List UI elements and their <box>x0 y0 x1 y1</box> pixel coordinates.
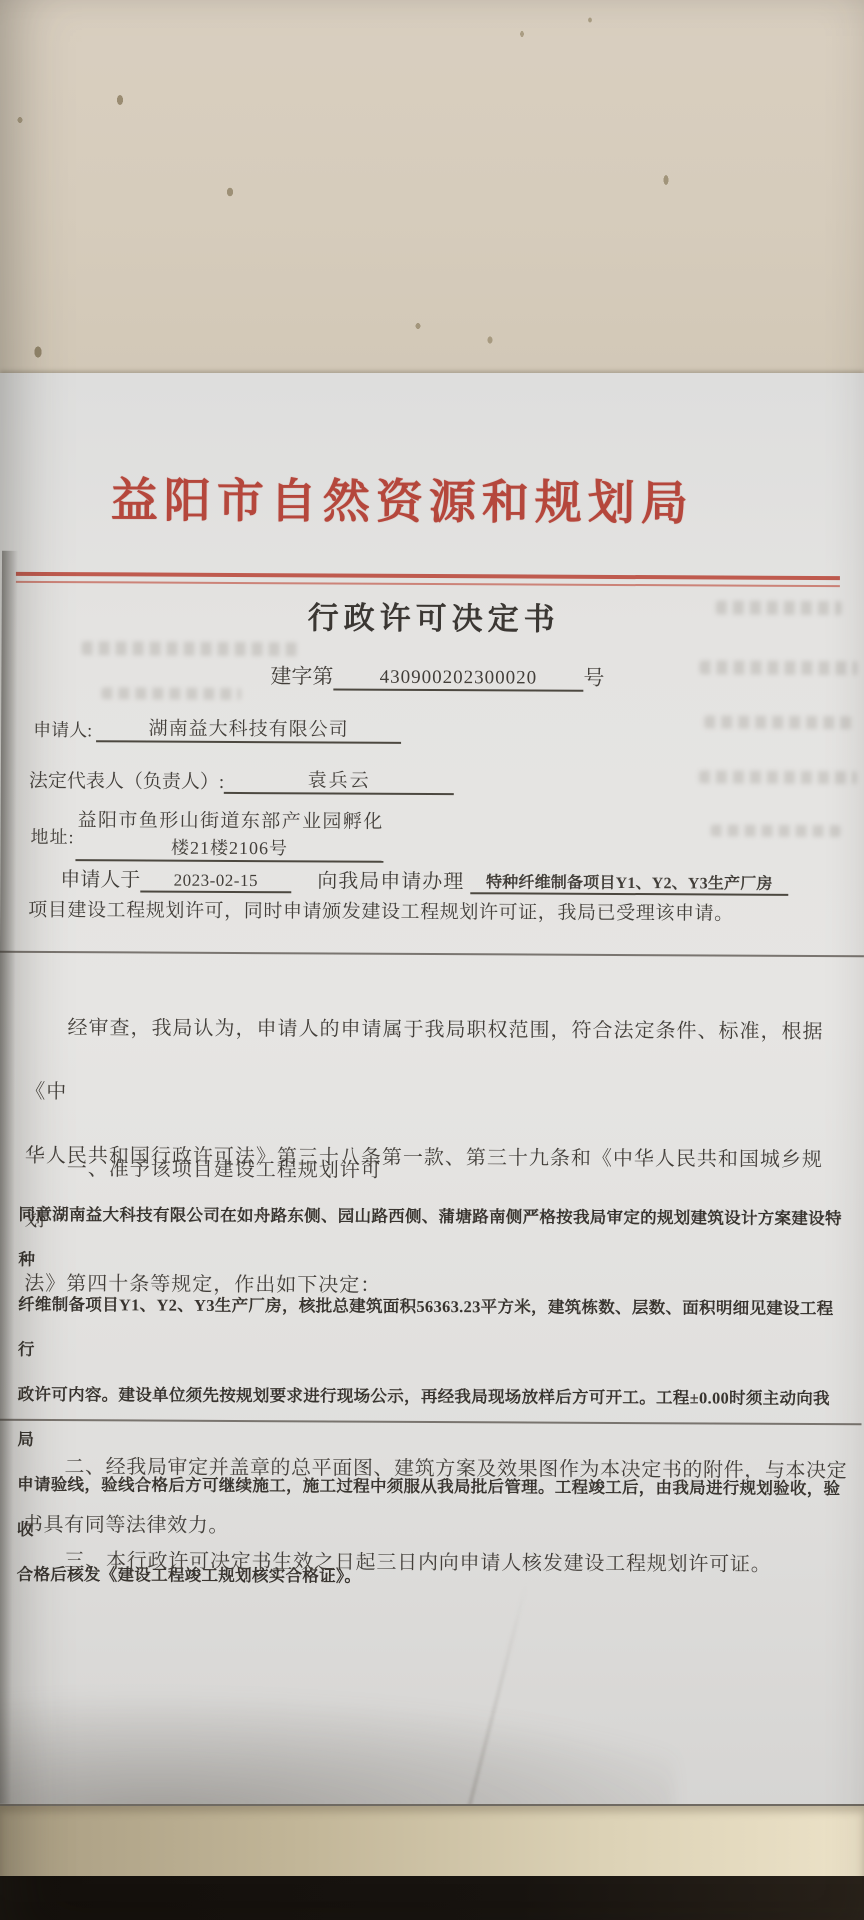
application-date: 2023-02-15 <box>140 870 291 893</box>
legal-representative-row: 法定代表人（负责人）:袁兵云 <box>29 764 454 795</box>
red-divider-rule <box>16 572 840 590</box>
paper-edge-shadow <box>0 551 18 1804</box>
address-value-line2-text: 楼21楼2106号 <box>75 833 383 863</box>
bleed-smudge <box>704 715 852 729</box>
application-project: 特种纤维制备项目Y1、Y2、Y3生产厂房 <box>470 869 788 896</box>
applicant-row: 申请人:湖南益大科技有限公司 <box>33 713 401 744</box>
document-page: 益阳市自然资源和规划局 行政许可决定书 建字第430900202300020号 … <box>0 373 864 1806</box>
decision1-title: 一、准予该项目建设工程规划许可 <box>25 1154 841 1188</box>
legal-representative-value: 袁兵云 <box>224 765 454 795</box>
address-value-line2: 楼21楼2106号 <box>75 833 383 863</box>
legal-representative-label: 法定代表人（负责人）: <box>29 771 224 793</box>
address-value-line1: 益阳市鱼形山街道东部产业园孵化 <box>78 805 384 834</box>
bleed-smudge <box>82 641 302 656</box>
document-number-suffix: 号 <box>583 666 604 690</box>
application-tail: 项目建设工程规划许可，同时申请颁发建设工程规划许可证，我局已受理该申请。 <box>28 895 734 926</box>
applicant-value: 湖南益大科技有限公司 <box>96 713 401 744</box>
bleed-smudge <box>699 660 857 675</box>
decision3-paragraph: 三、本行政许可决定书生效之日起三日内向申请人核发建设工程规划许可证。 <box>23 1546 839 1580</box>
document-number-row: 建字第430900202300020号 <box>270 660 604 692</box>
dark-floor <box>0 1876 864 1920</box>
bleed-smudge <box>716 600 842 615</box>
document-number-value: 430900202300020 <box>333 666 583 691</box>
document-title: 行政许可决定书 <box>2 591 864 641</box>
bleed-smudge <box>711 824 841 837</box>
photo-scene: 益阳市自然资源和规划局 行政许可决定书 建字第430900202300020号 … <box>0 0 864 1920</box>
document-number-prefix: 建字第 <box>270 664 333 688</box>
address-label: 地址: <box>31 823 75 849</box>
cast-shadow <box>0 1656 676 1806</box>
section-divider-top <box>0 951 864 958</box>
applicant-label: 申请人: <box>33 720 92 740</box>
application-prefix: 申请人于 <box>60 869 140 891</box>
document-content: 益阳市自然资源和规划局 行政许可决定书 建字第430900202300020号 … <box>0 373 864 1806</box>
bleed-smudge <box>699 770 857 784</box>
application-middle: 向我局申请办理 <box>317 870 464 893</box>
application-row: 申请人于2023-02-15向我局申请办理特种纤维制备项目Y1、Y2、Y3生产厂… <box>60 863 788 896</box>
agency-title: 益阳市自然资源和规划局 <box>66 463 738 534</box>
table-surface <box>0 0 864 378</box>
decision2-paragraph: 二、经我局审定并盖章的总平面图、建筑方案及效果图作为本决定书的附件，与本决定 书… <box>23 1438 848 1558</box>
bleed-smudge <box>101 687 241 700</box>
table-edge <box>0 1804 864 1880</box>
